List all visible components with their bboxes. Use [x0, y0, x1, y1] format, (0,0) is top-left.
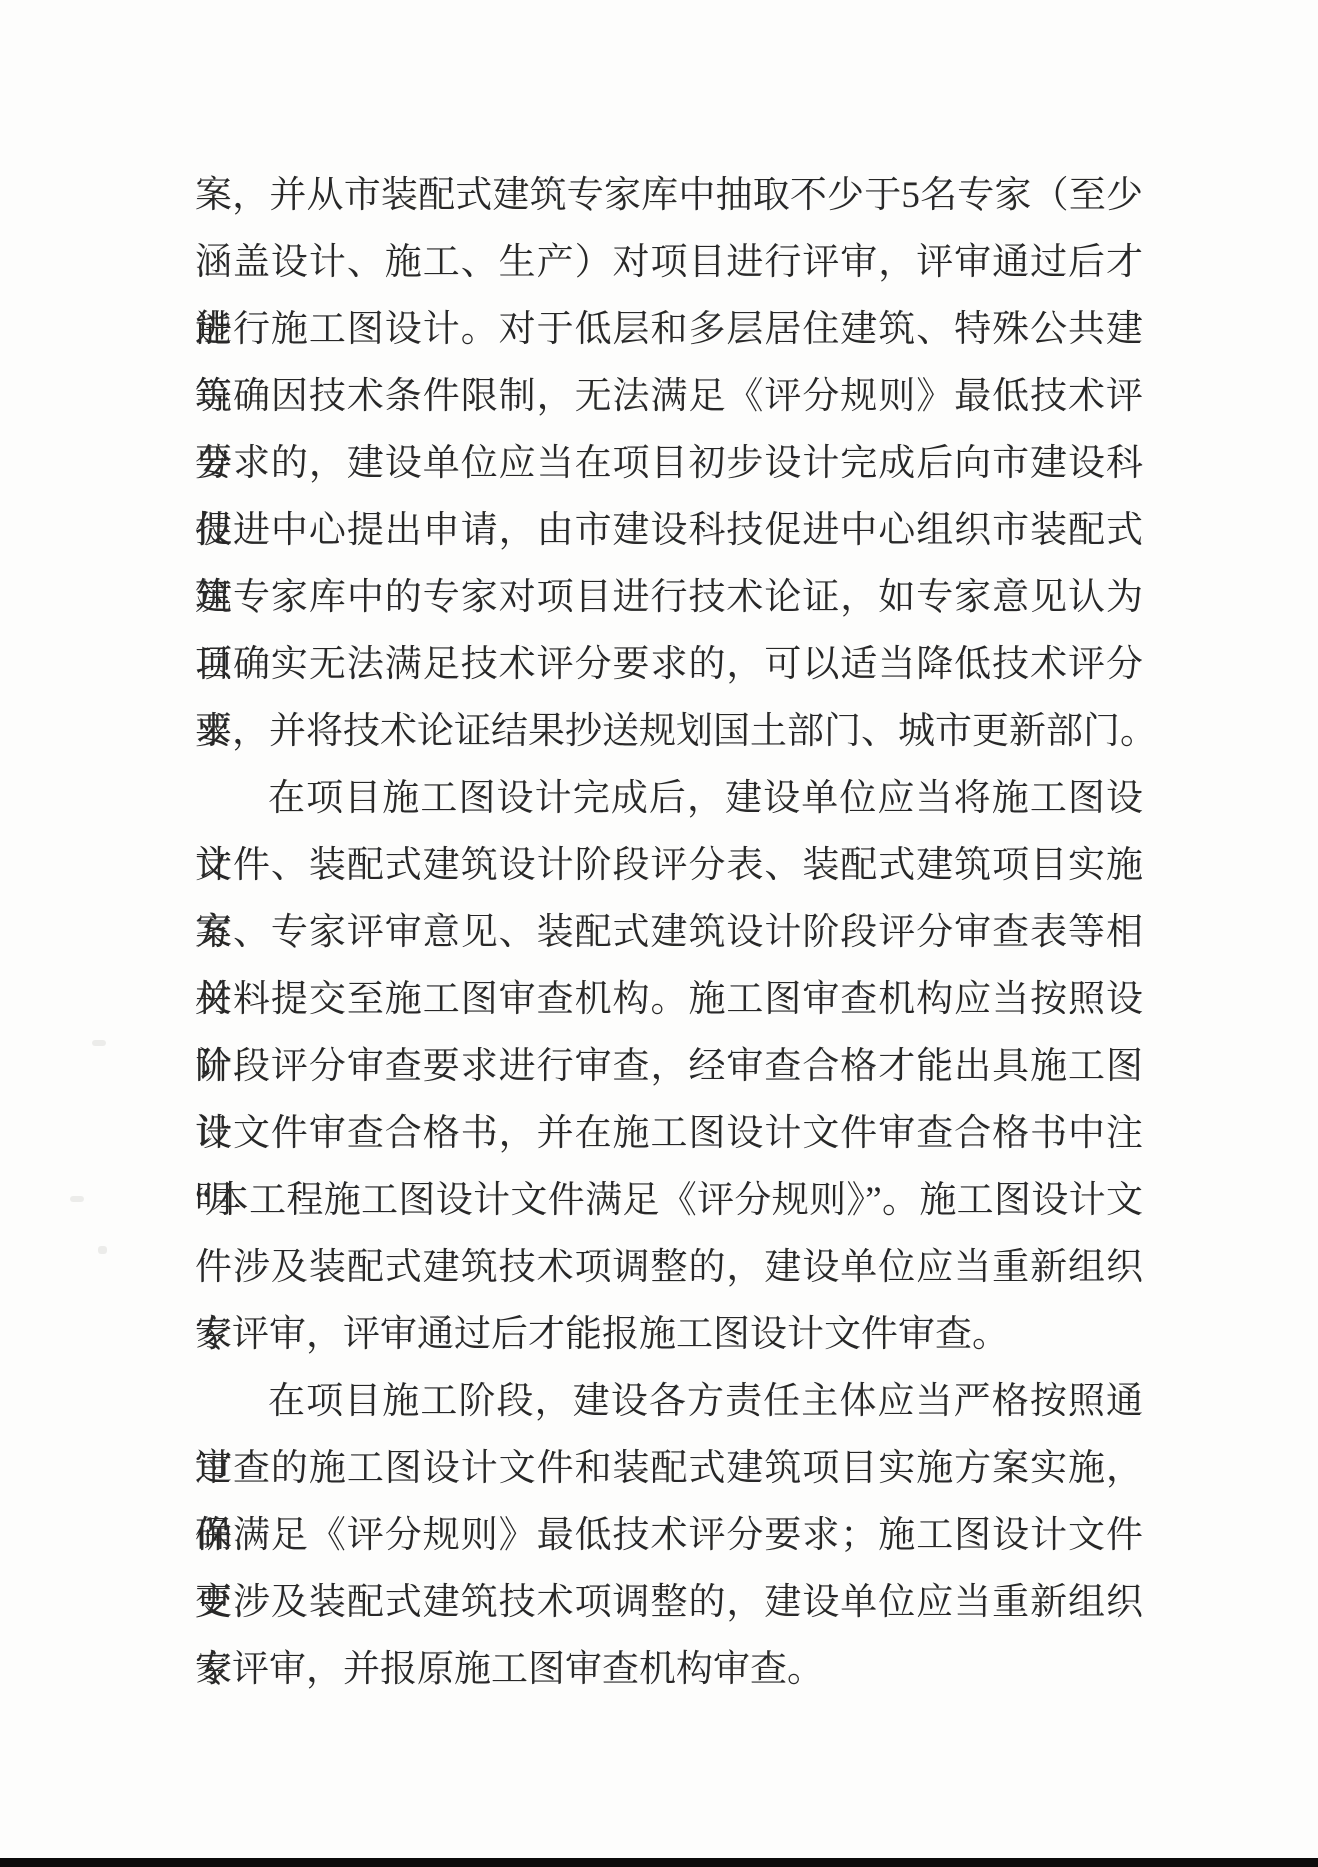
- text-line: 目确实无法满足技术评分要求的，可以适当降低技术评分要: [195, 631, 1143, 698]
- scan-speck: [92, 1040, 106, 1046]
- text-line: 审查的施工图设计文件和装配式建筑项目实施方案实施，确: [195, 1435, 1143, 1502]
- text-line: 件涉及装配式建筑技术项调整的，建设单位应当重新组织专: [195, 1234, 1143, 1301]
- text-line: 家评审，评审通过后才能报施工图设计文件审查。: [195, 1301, 1143, 1368]
- text-line: 筑专家库中的专家对项目进行技术论证，如专家意见认为项: [195, 564, 1143, 631]
- scan-speck: [98, 1246, 107, 1254]
- text-line: 计文件审查合格书，并在施工图设计文件审查合格书中注明: [195, 1100, 1143, 1167]
- document-body: 案，并从市装配式建筑专家库中抽取不少于5名专家（至少 涵盖设计、施工、生产）对项…: [195, 162, 1143, 1703]
- text-line: 涵盖设计、施工、生产）对项目进行评审，评审通过后才能: [195, 229, 1143, 296]
- scan-edge-bar: [0, 1858, 1318, 1867]
- text-line: 在项目施工阶段，建设各方责任主体应当严格按照通过: [195, 1368, 1143, 1435]
- text-line: 保满足《评分规则》最低技术评分要求；施工图设计文件变: [195, 1502, 1143, 1569]
- text-line: 要求的，建设单位应当在项目初步设计完成后向市建设科技: [195, 430, 1143, 497]
- text-line: “本工程施工图设计文件满足《评分规则》”。施工图设计文: [195, 1167, 1143, 1234]
- text-line: 家评审，并报原施工图审查机构审查。: [195, 1636, 1143, 1703]
- text-line: 文件、装配式建筑设计阶段评分表、装配式建筑项目实施方: [195, 832, 1143, 899]
- scanned-document-page: 案，并从市装配式建筑专家库中抽取不少于5名专家（至少 涵盖设计、施工、生产）对项…: [0, 0, 1318, 1867]
- scan-speck: [70, 1196, 84, 1202]
- text-line: 材料提交至施工图审查机构。施工图审查机构应当按照设计: [195, 966, 1143, 1033]
- text-line: 更涉及装配式建筑技术项调整的，建设单位应当重新组织专: [195, 1569, 1143, 1636]
- text-line: 等确因技术条件限制，无法满足《评分规则》最低技术评分: [195, 363, 1143, 430]
- text-line: 案，并从市装配式建筑专家库中抽取不少于5名专家（至少: [195, 162, 1143, 229]
- text-line: 进行施工图设计。对于低层和多层居住建筑、特殊公共建筑: [195, 296, 1143, 363]
- text-line: 促进中心提出申请，由市建设科技促进中心组织市装配式建: [195, 497, 1143, 564]
- text-line: 在项目施工图设计完成后，建设单位应当将施工图设计: [195, 765, 1143, 832]
- text-line: 求，并将技术论证结果抄送规划国土部门、城市更新部门。: [195, 698, 1143, 765]
- text-line: 阶段评分审查要求进行审查，经审查合格才能出具施工图设: [195, 1033, 1143, 1100]
- text-line: 案、专家评审意见、装配式建筑设计阶段评分审查表等相关: [195, 899, 1143, 966]
